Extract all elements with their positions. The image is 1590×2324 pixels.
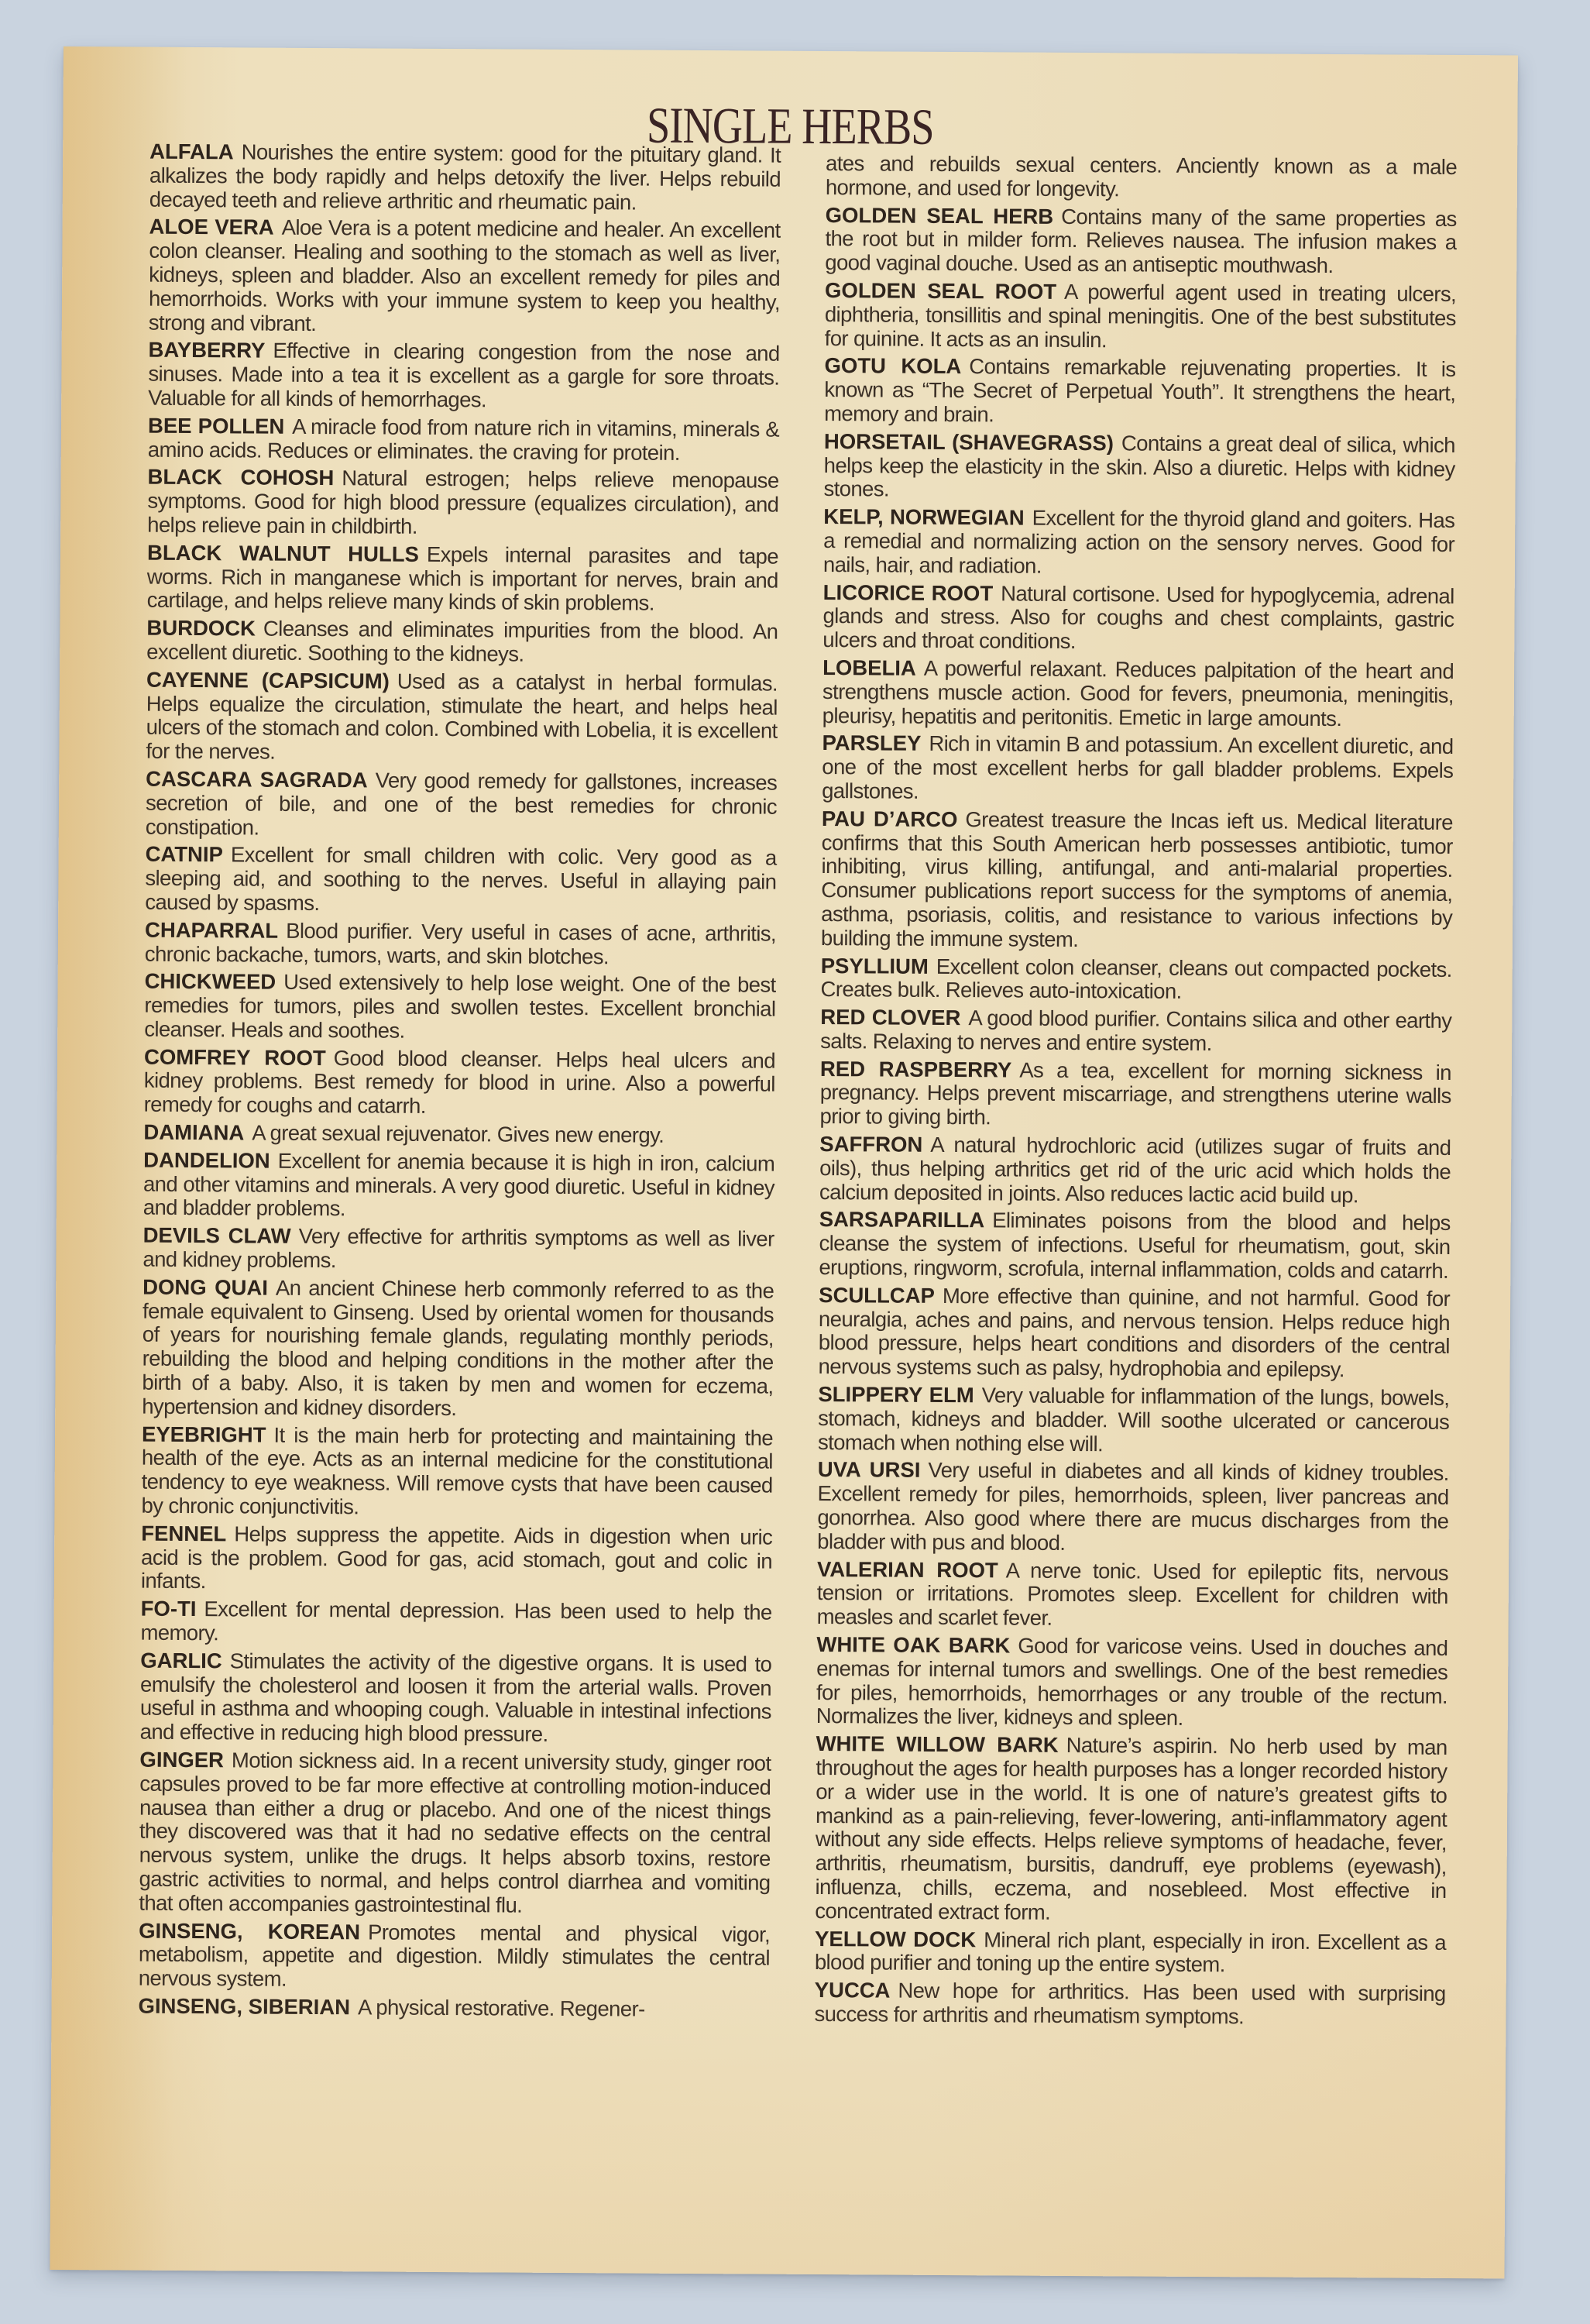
herb-name: YELLOW DOCK [815,1927,976,1951]
herb-name: COMFREY ROOT [144,1044,326,1069]
herb-description: Excellent for mental depression. Has bee… [140,1597,771,1645]
herb-description: Nature’s aspirin. No herb used by man th… [815,1733,1447,1923]
herb-name: RED RASPBERRY [820,1057,1012,1082]
herb-name: SLIPPERY ELM [818,1382,974,1407]
herb-entry: ALOE VERAAloe Vera is a potent medicine … [149,215,781,339]
herb-name: PSYLLIUM [821,953,929,978]
herb-entry: BURDOCKCleanses and eliminates impuritie… [146,617,778,669]
herb-name: CATNIP [146,842,224,867]
herb-entry: VALERIAN ROOTA nerve tonic. Used for epi… [817,1558,1449,1633]
herb-entry: CHICKWEEDUsed extensively to help lose w… [144,970,776,1045]
herb-entry: BAYBERRYEffective in clearing congestion… [148,339,780,414]
herb-name: SCULLCAP [819,1283,935,1308]
herb-entry: PARSLEYRich in vitamin B and potassium. … [822,731,1454,806]
herb-name: DAMIANA [143,1120,244,1145]
herb-entry: GOLDEN SEAL ROOTA powerful agent used in… [825,279,1457,354]
herb-description: Helps suppress the appetite. Aids in dig… [141,1521,773,1593]
herb-name: YUCCA [815,1978,891,2003]
herb-entry: WHITE OAK BARKGood for varicose veins. U… [816,1633,1448,1732]
entry-continuation: ates and rebuilds sexual centers. Ancien… [826,152,1457,204]
herb-description: Motion sickness aid. In a recent univers… [139,1748,771,1917]
herb-name: GOLDEN SEAL ROOT [825,278,1056,304]
herb-name: LICORICE ROOT [823,580,994,605]
herb-entry: CATNIPExcellent for small children with … [145,843,777,918]
printed-sheet: SINGLE HERBS ALFALANourishes the entire … [50,46,1517,2278]
herb-entry: GARLICStimulates the activity of the dig… [140,1648,772,1748]
herb-name: ALOE VERA [149,215,273,239]
herb-name: FO-TI [141,1597,197,1621]
herb-entry: GINSENG, SIBERIANA physical restorative.… [138,1995,769,2023]
herb-entry: ALFALANourishes the entire system: good … [149,140,781,215]
herb-entry: FENNELHelps suppress the appetite. Aids … [141,1521,773,1597]
herb-entry: COMFREY ROOTGood blood cleanser. Helps h… [144,1045,776,1120]
herb-name: PARSLEY [822,731,921,755]
herb-description: A physical restorative. Regener- [358,1995,645,2020]
herb-name: GINGER [139,1748,224,1772]
herb-name: KELP, NORWEGIAN [823,504,1025,530]
herb-name: FENNEL [141,1521,226,1545]
herb-description: Excellent for small children with colic.… [145,843,777,915]
herb-entry: DAMIANAA great sexual rejuvenator. Gives… [143,1121,774,1149]
herb-entry: CASCARA SAGRADAVery good remedy for gall… [146,768,778,843]
herb-name: DEVILS CLAW [143,1223,291,1248]
herb-entry: YELLOW DOCKMineral rich plant, especiall… [815,1927,1446,1979]
herb-entry: HORSETAIL (SHAVEGRASS)Contains a great d… [823,430,1455,505]
herb-name: GARLIC [140,1648,222,1673]
herb-name: WHITE WILLOW BARK [816,1731,1059,1757]
herb-name: RED CLOVER [820,1005,960,1030]
herb-entry: SAFFRONA natural hydrochloric acid (util… [819,1133,1451,1208]
herb-name: UVA URSI [818,1457,921,1482]
herb-name: SARSAPARILLA [819,1207,985,1232]
herb-entry: YUCCANew hope for arthritics. Has been u… [814,1978,1445,2030]
herb-entry: LOBELIAA powerful relaxant. Reduces palp… [822,656,1454,731]
herb-name: BURDOCK [146,616,256,641]
herb-entry: CHAPARRALBlood purifier. Very useful in … [145,918,776,970]
herb-description: New hope for arthritics. Has been used w… [814,1978,1445,2029]
herb-description: A great sexual rejuvenator. Gives new en… [252,1121,664,1147]
herb-entry: PSYLLIUMExcellent colon cleanser, cleans… [820,954,1451,1006]
herb-description: A powerful relaxant. Reduces palpitation… [822,656,1454,731]
herb-name: CASCARA SAGRADA [146,767,368,792]
herb-entry: RED CLOVERA good blood purifier. Contain… [820,1006,1451,1057]
herb-name: WHITE OAK BARK [816,1632,1010,1658]
herb-entry: DONG QUAIAn ancient Chinese herb commonl… [142,1276,774,1423]
herb-entry: KELP, NORWEGIANExcellent for the thyroid… [823,505,1455,580]
herb-entry: BEE POLLENA miracle food from nature ric… [148,414,779,466]
herb-entry: SCULLCAPMore effective than quinine, and… [819,1284,1451,1383]
herb-name: PAU D’ARCO [822,806,958,831]
herb-name: DONG QUAI [143,1275,268,1300]
herb-entry: GINGERMotion sickness aid. In a recent u… [139,1748,771,1920]
herb-name: EYEBRIGHT [142,1422,266,1446]
herb-entry: PAU D’ARCOGreatest treasure the Incas ie… [821,807,1453,954]
herb-entry: FO-TIExcellent for mental depression. Ha… [140,1597,771,1649]
herb-entry: BLACK WALNUT HULLSExpels internal parasi… [147,541,779,616]
herb-entry: BLACK COHOSHNatural estrogen; helps reli… [147,466,779,541]
herb-entry: WHITE WILLOW BARKNature’s aspirin. No he… [815,1732,1447,1927]
herb-name: VALERIAN ROOT [817,1557,998,1582]
herb-name: BEE POLLEN [148,413,284,438]
herb-name: ALFALA [149,139,234,164]
herb-name: LOBELIA [822,655,916,680]
herb-name: GOLDEN SEAL HERB [826,203,1054,229]
herb-name: CAYENNE (CAPSICUM) [146,667,390,693]
herb-entry: CAYENNE (CAPSICUM)Used as a catalyst in … [146,668,778,767]
herb-entry: RED RASPBERRYAs a tea, excellent for mor… [819,1057,1451,1133]
herb-entry: DEVILS CLAWVery effective for arthritis … [143,1224,774,1276]
herb-entry: SARSAPARILLAEliminates poisons from the … [819,1208,1451,1283]
herb-name: HORSETAIL (SHAVEGRASS) [824,429,1114,455]
herb-entry: SLIPPERY ELMVery valuable for inflammati… [818,1383,1450,1458]
herb-entry: LICORICE ROOTNatural cortisone. Used for… [822,581,1454,656]
herb-description: Nourishes the entire system: good for th… [149,139,781,214]
herb-entry: DANDELIONExcellent for anemia because it… [143,1149,775,1224]
herb-name: CHICKWEED [145,969,276,994]
herb-name: BLACK COHOSH [148,465,335,490]
herb-entry: UVA URSIVery useful in diabetes and all … [817,1458,1449,1557]
herb-name: GOTU KOLA [824,353,961,378]
herb-name: SAFFRON [819,1132,922,1157]
herb-description: Stimulates the activity of the digestive… [140,1648,772,1746]
herb-entry: EYEBRIGHTIt is the main herb for protect… [141,1422,773,1521]
herb-entry: GOTU KOLAContains remarkable rejuvenatin… [824,354,1456,429]
herb-name: GINSENG, KOREAN [139,1918,360,1944]
herb-name: BLACK WALNUT HULLS [147,540,419,566]
herb-name: GINSENG, SIBERIAN [138,1994,350,2020]
left-column: ALFALANourishes the entire system: good … [138,140,781,2027]
herb-entry: GINSENG, KOREANPromotes mental and physi… [139,1919,771,1994]
herb-entry: GOLDEN SEAL HERBContains many of the sam… [825,204,1457,279]
herb-name: DANDELION [143,1148,270,1173]
herb-name: CHAPARRAL [145,917,278,942]
right-column: ates and rebuilds sexual centers. Ancien… [814,152,1457,2034]
herb-name: BAYBERRY [149,338,266,363]
